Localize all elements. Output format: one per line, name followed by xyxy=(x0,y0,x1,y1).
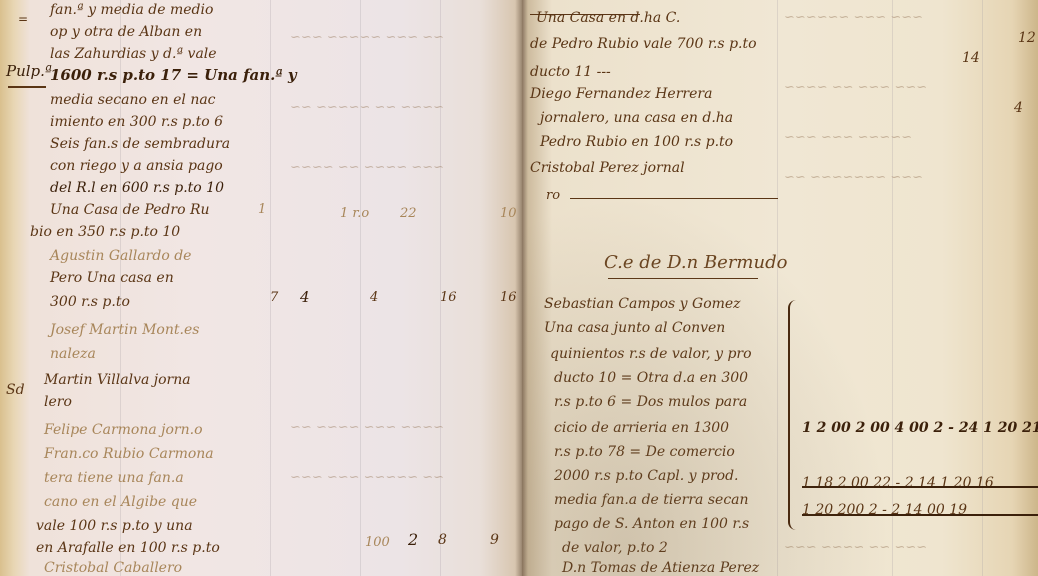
column-value: 4 xyxy=(370,290,378,305)
text-line: Agustin Gallardo de xyxy=(50,248,191,264)
text-line: media secano en el nac xyxy=(50,92,216,108)
text-line: Una Casa en d.ha C. xyxy=(536,10,680,26)
struck-row: 1 20 200 2 - 2 14 00 19 xyxy=(802,502,967,518)
bleed-through-text: ~~~ ~~ ~~~~ ~~~ xyxy=(784,540,927,555)
bleed-through-text: ~~ ~~~ ~~~~~ ~~~ xyxy=(290,30,444,45)
entry-line: r.s p.to 6 = Dos mulos para xyxy=(554,394,747,410)
text-line: Seis fan.s de sembradura xyxy=(50,136,230,152)
column-value: 1 r.o xyxy=(340,206,369,221)
entry-line: ducto 10 = Otra d.a en 300 xyxy=(554,370,748,386)
margin-note: Pulp.ª xyxy=(6,62,52,80)
bleed-through-text: ~~~ ~~~~ ~~ ~~~~ xyxy=(290,160,444,175)
text-line: de Pedro Rubio vale 700 r.s p.to xyxy=(530,36,757,52)
text-line: fan.ª y media de medio xyxy=(50,2,213,18)
entry-line: cicio de arrieria en 1300 xyxy=(554,420,729,436)
underline xyxy=(530,14,640,15)
text-line: Pero Una casa en xyxy=(50,270,174,286)
text-line: op y otra de Alban en xyxy=(50,24,202,40)
column-value: 7 xyxy=(270,290,278,305)
column-note: 12 xyxy=(1018,30,1036,46)
text-line: naleza xyxy=(50,346,96,362)
text-line: Felipe Carmona jorn.o xyxy=(44,422,203,438)
text-line: Cristobal Caballero xyxy=(44,560,182,576)
text-line: 300 r.s p.to xyxy=(50,294,130,310)
bleed-through-text: ~~~ ~~~ ~~~~~~ xyxy=(784,10,923,25)
column-value: 16 xyxy=(500,290,517,305)
text-line: en Arafalle en 100 r.s p.to xyxy=(36,540,220,556)
column-note: 4 xyxy=(1014,100,1023,116)
text-line: Una Casa de Pedro Ru xyxy=(50,202,210,218)
text-line: imiento en 300 r.s p.to 6 xyxy=(50,114,223,130)
bracket xyxy=(788,300,800,530)
strike-through xyxy=(802,514,1038,516)
text-line: Josef Martin Mont.es xyxy=(50,322,199,338)
text-line: Diego Fernandez Herrera xyxy=(530,86,712,102)
column-value: 100 xyxy=(365,535,390,550)
text-line: bio en 350 r.s p.to 10 xyxy=(30,224,180,240)
column-value: 10 xyxy=(500,206,517,221)
text-line: ro xyxy=(546,188,560,203)
bleed-through-text: ~~ ~~~~~ ~~~ ~~~ xyxy=(290,470,444,485)
margin-note: = xyxy=(18,12,28,26)
right-page: Una Casa en d.ha C. de Pedro Rubio vale … xyxy=(522,0,1038,576)
column-value: 2 xyxy=(408,530,418,549)
entry-line: de valor, p.to 2 xyxy=(562,540,668,556)
section-heading: C.e de D.n Bermudo xyxy=(604,252,787,273)
bleed-through-text: ~~~~ ~~~ ~~~~ ~~ xyxy=(290,420,444,435)
text-line: con riego y a ansia pago xyxy=(50,158,223,174)
text-line: Fran.co Rubio Carmona xyxy=(44,446,214,462)
bleed-through-text: ~~~ ~~~ ~~ ~~~~ xyxy=(784,80,927,95)
entry-line: Sebastian Campos y Gomez xyxy=(544,296,741,312)
totals-row: 1 2 00 2 00 4 00 2 - 24 1 20 21 xyxy=(802,420,1038,436)
text-line: las Zahurdias y d.ª vale xyxy=(50,46,217,62)
margin-note: Sd xyxy=(6,382,25,398)
margin-underline xyxy=(8,86,46,88)
text-line: jornalero, una casa en d.ha xyxy=(540,110,733,126)
text-line: vale 100 r.s p.to y una xyxy=(36,518,193,534)
text-line: Martin Villalva jorna xyxy=(44,372,191,388)
entry-line: media fan.a de tierra secan xyxy=(554,492,749,508)
column-value: 1 xyxy=(258,202,266,217)
column-value: 4 xyxy=(300,288,310,306)
heading-underline xyxy=(608,278,758,279)
entry-line: quinientos r.s de valor, y pro xyxy=(550,346,752,362)
struck-row: 1 18 2 00 22 - 2 14 1 20 16 xyxy=(802,475,994,491)
entry-line: 2000 r.s p.to Capl. y prod. xyxy=(554,468,739,484)
text-line: del R.l en 600 r.s p.to 10 xyxy=(50,180,224,196)
text-line: Pedro Rubio en 100 r.s p.to xyxy=(540,134,733,150)
text-line: 1600 r.s p.to 17 = Una fan.ª y xyxy=(50,66,297,84)
entry-line: Una casa junto al Conven xyxy=(544,320,725,336)
text-line: Cristobal Perez jornal xyxy=(530,160,685,176)
text-line: lero xyxy=(44,394,72,410)
column-value: 8 xyxy=(438,532,447,548)
entry-line: pago de S. Anton en 100 r.s xyxy=(554,516,749,532)
bleed-through-text: ~~~~~ ~~~ ~~~ xyxy=(784,130,912,145)
strike-through xyxy=(802,486,1038,488)
column-value: 16 xyxy=(440,290,457,305)
text-line: cano en el Algibe que xyxy=(44,494,197,510)
text-line: tera tiene una fan.a xyxy=(44,470,184,486)
entry-line: D.n Tomas de Atienza Perez xyxy=(562,560,759,576)
entry-line: r.s p.to 78 = De comercio xyxy=(554,444,735,460)
column-value: 22 xyxy=(400,206,417,221)
column-note: 14 xyxy=(962,50,980,66)
text-line: ducto 11 --- xyxy=(530,64,611,80)
left-page: Pulp.ª = Sd fan.ª y media de medio op y … xyxy=(0,0,522,576)
bleed-through-text: ~~~~ ~~ ~~~~~ ~~ xyxy=(290,100,444,115)
bleed-through-text: ~~~ ~~~~~~~ ~~ xyxy=(784,170,923,185)
underline xyxy=(570,198,778,199)
column-value: 9 xyxy=(490,532,499,548)
